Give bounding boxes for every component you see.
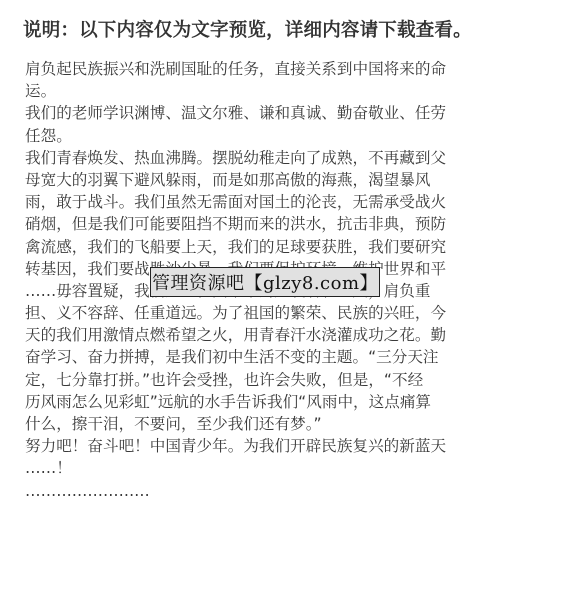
text-line: 禽流感，我们的飞船要上天，我们的足球要获胜，我们要研究 xyxy=(25,236,560,258)
text-line: 母宽大的羽翼下避风躲雨，而是如那高傲的海燕，渴望暴风 xyxy=(25,169,560,191)
text-line: 奋学习、奋力拼搏，是我们初中生活不变的主题。“三分天注 xyxy=(25,346,560,368)
text-line: 运。 xyxy=(25,80,560,102)
text-line: 任怨。 xyxy=(25,125,560,147)
text-line: 历风雨怎么见彩虹”远航的水手告诉我们“风雨中，这点痛算 xyxy=(25,391,560,413)
watermark-banner: 管理资源吧【glzy8.com】 xyxy=(150,267,380,297)
text-line: 担、义不容辞、任重道远。为了祖国的繁荣、民族的兴旺，今 xyxy=(25,302,560,324)
text-line: 雨，敢于战斗。我们虽然无需面对国土的沦丧，无需承受战火 xyxy=(25,191,560,213)
text-line: 天的我们用激情点燃希望之火，用青春汗水浇灌成功之花。勤 xyxy=(25,324,560,346)
text-line: 什么，擦干泪，不要问，至少我们还有梦。” xyxy=(25,413,560,435)
preview-notice-title: 说明：以下内容仅为文字预览，详细内容请下载查看。 xyxy=(23,16,472,42)
text-line: 硝烟，但是我们可能要阻挡不期而来的洪水，抗击非典，预防 xyxy=(25,213,560,235)
text-line: ……！ xyxy=(25,457,560,479)
text-line: …………………… xyxy=(25,480,560,502)
text-line: 肩负起民族振兴和洗刷国耻的任务，直接关系到中国将来的命 xyxy=(25,58,560,80)
text-line: 定，七分靠打拼。”也许会受挫，也许会失败，但是，“不经 xyxy=(25,369,560,391)
text-line: 我们的老师学识渊博、温文尔雅、谦和真诚、勤奋敬业、任劳 xyxy=(25,102,560,124)
text-line: 我们青春焕发、热血沸腾。摆脱幼稚走向了成熟，不再藏到父 xyxy=(25,147,560,169)
text-line: 努力吧！奋斗吧！中国青少年。为我们开辟民族复兴的新蓝天 xyxy=(25,435,560,457)
